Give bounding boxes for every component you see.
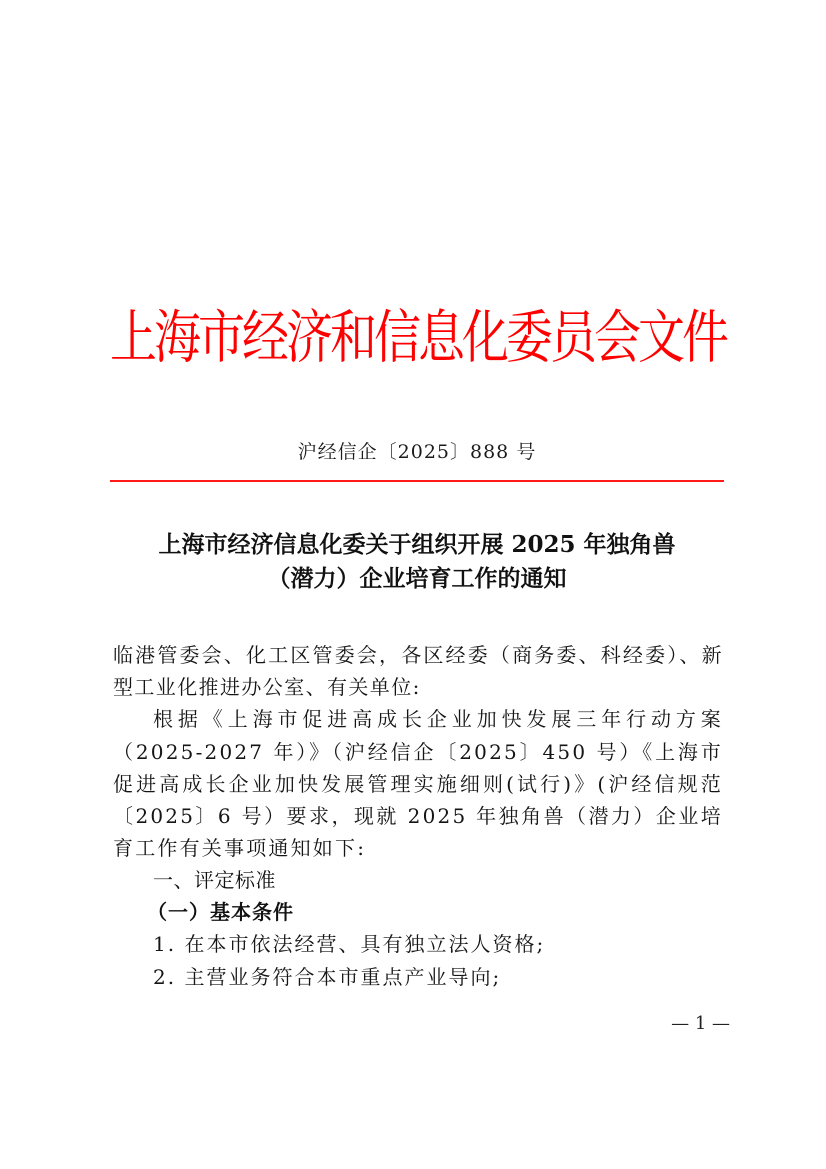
document-title: 上海市经济信息化委关于组织开展 2025 年独角兽 （潜力）企业培育工作的通知	[110, 528, 724, 596]
condition-item-2: 2. 主营业务符合本市重点产业导向;	[113, 961, 723, 993]
section-heading: 一、评定标准	[113, 864, 723, 896]
document-body: 临港管委会、化工区管委会，各区经委（商务委、科经委）、新型工业化推进办公室、有关…	[113, 639, 723, 993]
subsection-heading: （一）基本条件	[113, 896, 723, 928]
title-line-2: （潜力）企业培育工作的通知	[110, 562, 724, 596]
intro-paragraph: 根据《上海市促进高成长企业加快发展三年行动方案（2025-2027 年）》（沪经…	[113, 703, 723, 864]
page-number: — 1 —	[630, 1012, 730, 1036]
addressees: 临港管委会、化工区管委会，各区经委（商务委、科经委）、新型工业化推进办公室、有关…	[113, 639, 723, 703]
condition-item-1: 1. 在本市依法经营、具有独立法人资格;	[113, 928, 723, 960]
issuer-header: 上海市经济和信息化委员会文件	[110, 296, 724, 381]
document-page: 上海市经济和信息化委员会文件 沪经信企〔2025〕888 号 上海市经济信息化委…	[0, 0, 826, 1169]
title-line-1: 上海市经济信息化委关于组织开展 2025 年独角兽	[110, 528, 724, 562]
document-number: 沪经信企〔2025〕888 号	[110, 438, 724, 466]
red-divider-line	[110, 480, 724, 482]
